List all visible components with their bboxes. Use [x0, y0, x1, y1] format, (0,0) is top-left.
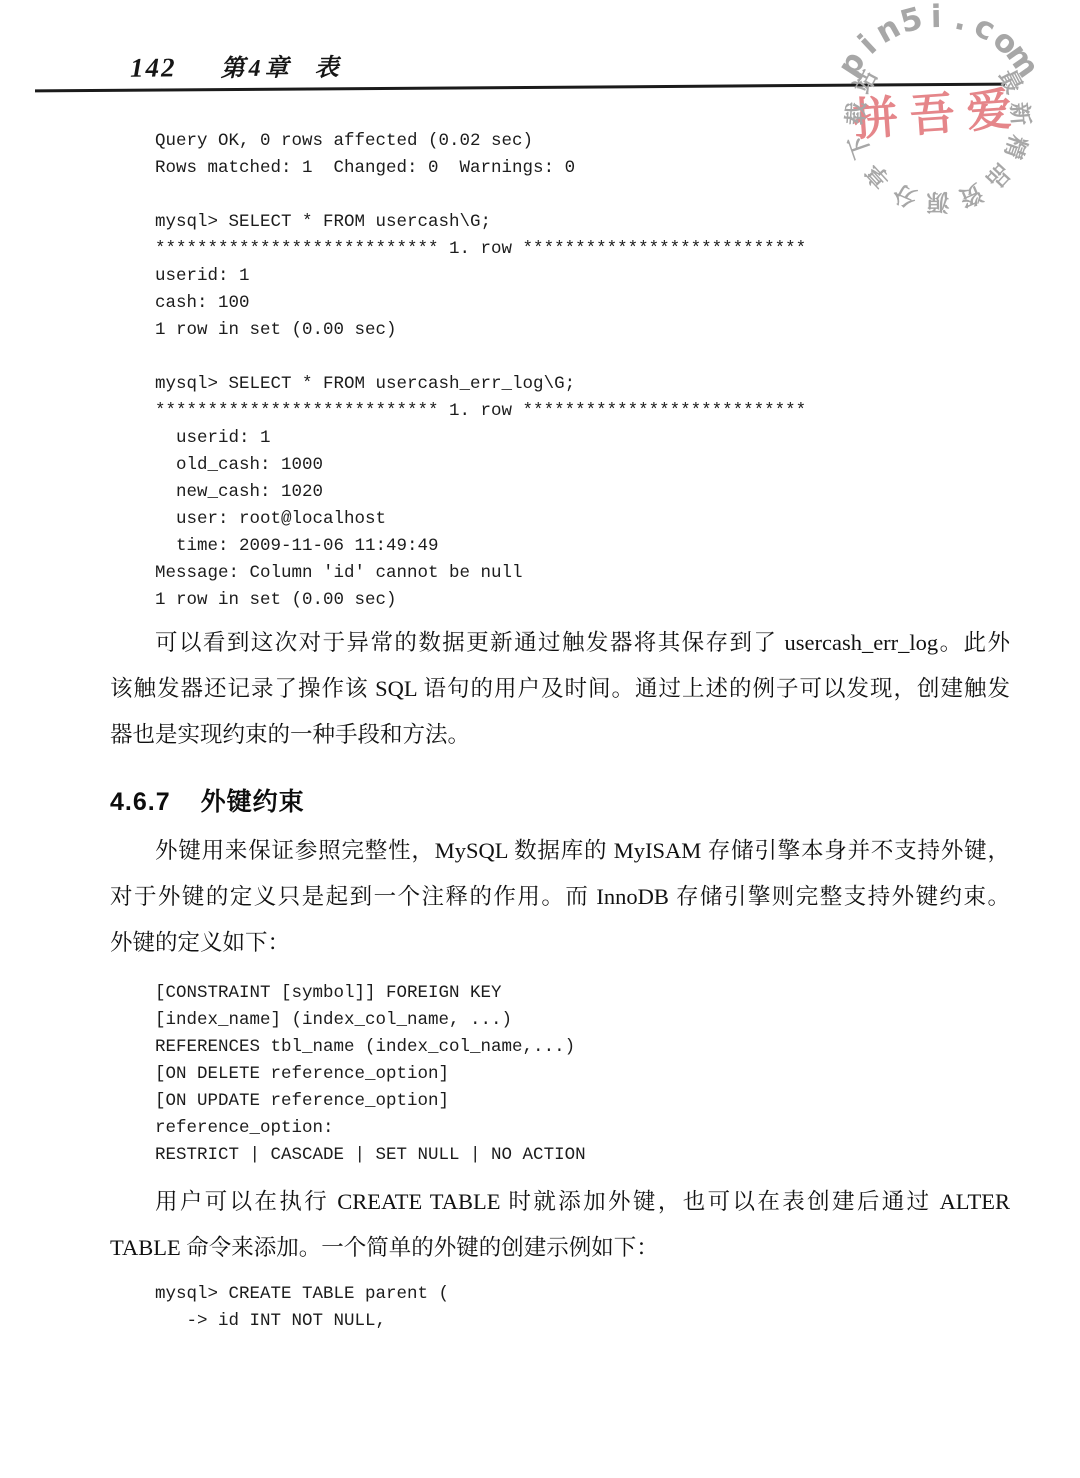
page-number: 142	[130, 52, 177, 82]
watermark-ring-char: 载	[837, 101, 872, 126]
paragraph-line: 用户可以在执行 CREATE TABLE 时就添加外键，也可以在表创建后通过 A…	[110, 1179, 1010, 1225]
watermark-ring-char: 最	[992, 63, 1032, 99]
section-heading: 4.6.7外键约束	[110, 782, 1080, 818]
page-header: 142第4章表	[130, 47, 339, 83]
paragraph-line: TABLE 命令来添加。一个简单的外键的创建示例如下：	[110, 1225, 1010, 1271]
section-title: 外键约束	[201, 788, 305, 816]
chapter-title: 表	[314, 55, 338, 81]
watermark-site-char: m	[998, 37, 1046, 84]
watermark-ring-char: 站	[844, 63, 884, 99]
paragraph-foreign-key-intro: 外键用来保证参照完整性，MySQL 数据库的 MyISAM 存储引擎本身并不支持…	[110, 828, 1010, 966]
watermark-site-char: n	[870, 9, 907, 51]
paragraph-line: 该触发器还记录了操作该 SQL 语句的用户及时间。通过上述的例子可以发现，创建触…	[110, 666, 1010, 712]
watermark-site-char: i	[852, 28, 884, 62]
paragraph-line: 外键用来保证参照完整性，MySQL 数据库的 MyISAM 存储引擎本身并不支持…	[110, 828, 1010, 874]
book-page: 142第4章表 拼吾爱 pin5i.com最新精品资源分享下载站 Query O…	[0, 0, 1080, 1478]
page-body: Query OK, 0 rows affected (0.02 sec) Row…	[0, 128, 1080, 1335]
paragraph-line: 外键的定义如下：	[110, 920, 1010, 966]
watermark-site-char: p	[830, 45, 872, 83]
section-number: 4.6.7	[110, 788, 171, 816]
header-rule	[35, 83, 1005, 93]
chapter-label: 第4章	[220, 56, 292, 83]
terminal-output: Query OK, 0 rows affected (0.02 sec) Row…	[155, 128, 1080, 614]
paragraph-line: 对于外键的定义只是起到一个注释的作用。而 InnoDB 存储引擎则完整支持外键约…	[110, 874, 1010, 920]
paragraph-create-table-intro: 用户可以在执行 CREATE TABLE 时就添加外键，也可以在表创建后通过 A…	[110, 1179, 1010, 1271]
paragraph-trigger-summary: 可以看到这次对于异常的数据更新通过触发器将其保存到了 usercash_err_…	[110, 620, 1010, 758]
foreign-key-syntax-code: [CONSTRAINT [symbol]] FOREIGN KEY [index…	[155, 980, 1080, 1169]
watermark-site-char: c	[968, 8, 1001, 48]
paragraph-line: 可以看到这次对于异常的数据更新通过触发器将其保存到了 usercash_err_…	[110, 620, 1010, 666]
watermark-site-char: 5	[896, 0, 926, 40]
watermark-site-char: i	[931, 0, 942, 35]
watermark-ring-char: 新	[1004, 101, 1039, 126]
watermark-site-char: o	[986, 22, 1026, 63]
paragraph-line: 器也是实现约束的一种手段和方法。	[110, 712, 1010, 758]
watermark-site-char: .	[951, 1, 971, 39]
create-table-code: mysql> CREATE TABLE parent ( -> id INT N…	[155, 1281, 1080, 1335]
